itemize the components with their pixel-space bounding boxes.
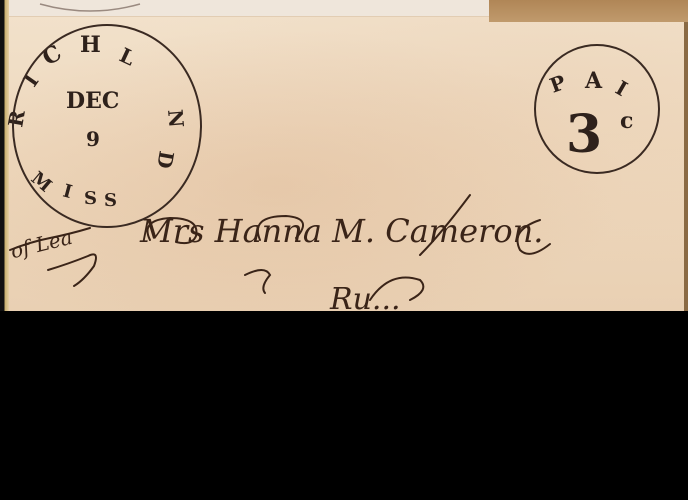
envelope-photo: R I C H L N D M I S S DEC 9 P A I 3 c — [0, 0, 688, 311]
postmark-richland: RICHL'ND DEC 9 MISS — [12, 24, 202, 228]
address-line-2: Ru... — [330, 282, 401, 311]
address-line-1: Mrs Hanna M. Cameron. — [140, 212, 543, 250]
letterbox-black — [0, 311, 688, 500]
postmark-paid-3c: PAID 3 — [534, 44, 660, 174]
